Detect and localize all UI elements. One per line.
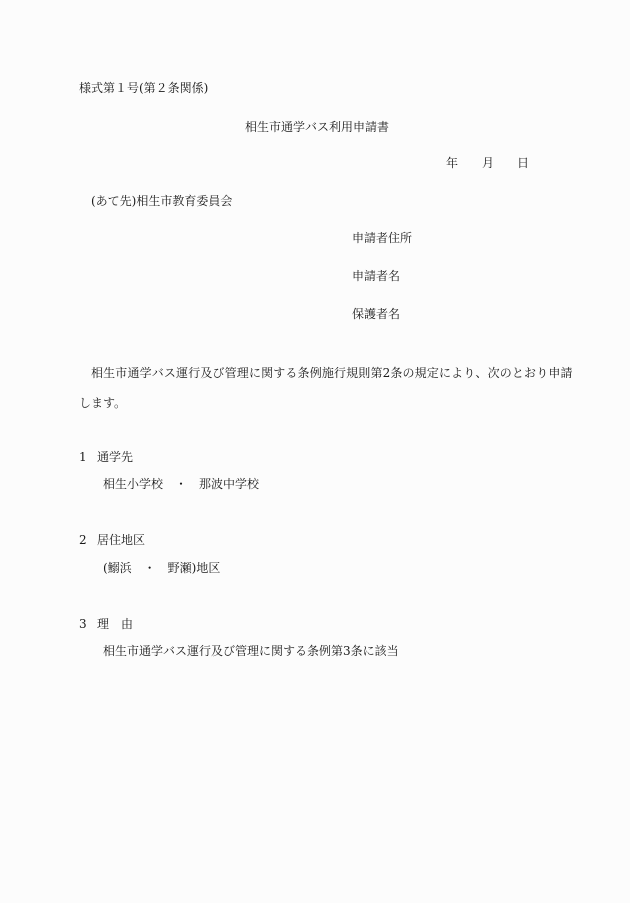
section-title: 通学先 [97,450,133,464]
date-day-label: 日 [517,156,529,170]
section-number: 2 [79,533,97,547]
section-title: 居住地区 [97,533,145,547]
section-number: 3 [79,617,97,631]
body-text-line-1: 相生市通学バス運行及び管理に関する条例施行規則第2条の規定により、次のとおり申請 [91,366,573,380]
section-heading: 3理 由 [79,617,133,631]
date-month-label: 月 [482,156,494,170]
section-number: 1 [79,450,97,464]
section-value: (鰯浜 ・ 野瀬)地区 [103,561,220,575]
section-heading: 1通学先 [79,450,133,464]
form-number: 様式第１号(第２条関係) [79,81,208,95]
section-heading: 2居住地区 [79,533,145,547]
applicant-address-label: 申請者住所 [352,231,412,245]
section-value: 相生小学校 ・ 那波中学校 [103,477,259,491]
section-value: 相生市通学バス運行及び管理に関する条例第3条に該当 [103,644,399,658]
date-year-label: 年 [446,156,458,170]
section-title: 理 由 [97,617,133,631]
document-title: 相生市通学バス利用申請書 [245,120,389,134]
addressee: (あて先)相生市教育委員会 [91,194,232,208]
body-text-line-2: します。 [79,396,126,410]
applicant-name-label: 申請者名 [352,269,400,283]
guardian-name-label: 保護者名 [352,307,400,321]
